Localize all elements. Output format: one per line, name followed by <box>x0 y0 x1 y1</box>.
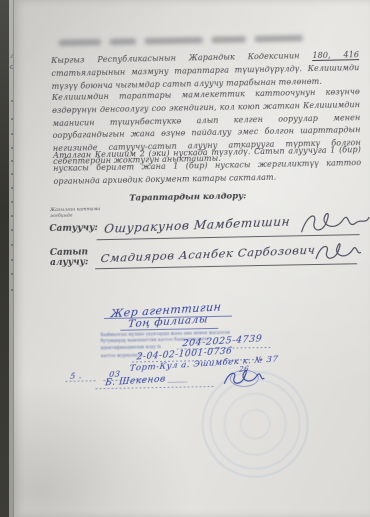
buyer-label-line2: алуучу: <box>50 257 89 268</box>
table-edge-strip <box>0 0 9 517</box>
paragraph-copies: Аталган Келишим 2 (эки) нускада түзүлдү.… <box>53 144 362 188</box>
signatures-heading: Тараптардын колдору: <box>14 189 362 206</box>
buyer-handwritten-name: Смадияров Асанбек Сарбозович <box>100 243 316 266</box>
buyer-signature-flourish <box>313 240 363 267</box>
fine-print-line: Жазылган каттама <box>50 207 100 214</box>
page-content: Кыргыз Республикасынын Жарандык Кодексин… <box>10 0 370 517</box>
seller-signature-flourish <box>297 209 370 238</box>
underlined-article-numbers: 180, 416 <box>312 50 359 61</box>
contract-page: Кыргыз Республикасынын Жарандык Кодексин… <box>13 0 370 517</box>
fine-print-line: эсебинде <box>50 213 100 220</box>
fine-print-note: Жазылган каттама эсебинде <box>50 207 100 219</box>
paragraph-text: Кыргыз Республикасынын Жарандык Кодексин… <box>51 51 312 65</box>
seller-handwritten-name: Ошуракунов Мамбетишин <box>103 215 290 236</box>
bleed-through-text-smudge <box>59 35 303 46</box>
seller-label: Сатуучу: <box>49 223 98 234</box>
stamp-printed-line3: идентификациялык коду № <box>101 344 162 351</box>
scanned-contract-photo: ла ол Кыргыз Республикасынын Жарандык Ко… <box>0 0 370 517</box>
